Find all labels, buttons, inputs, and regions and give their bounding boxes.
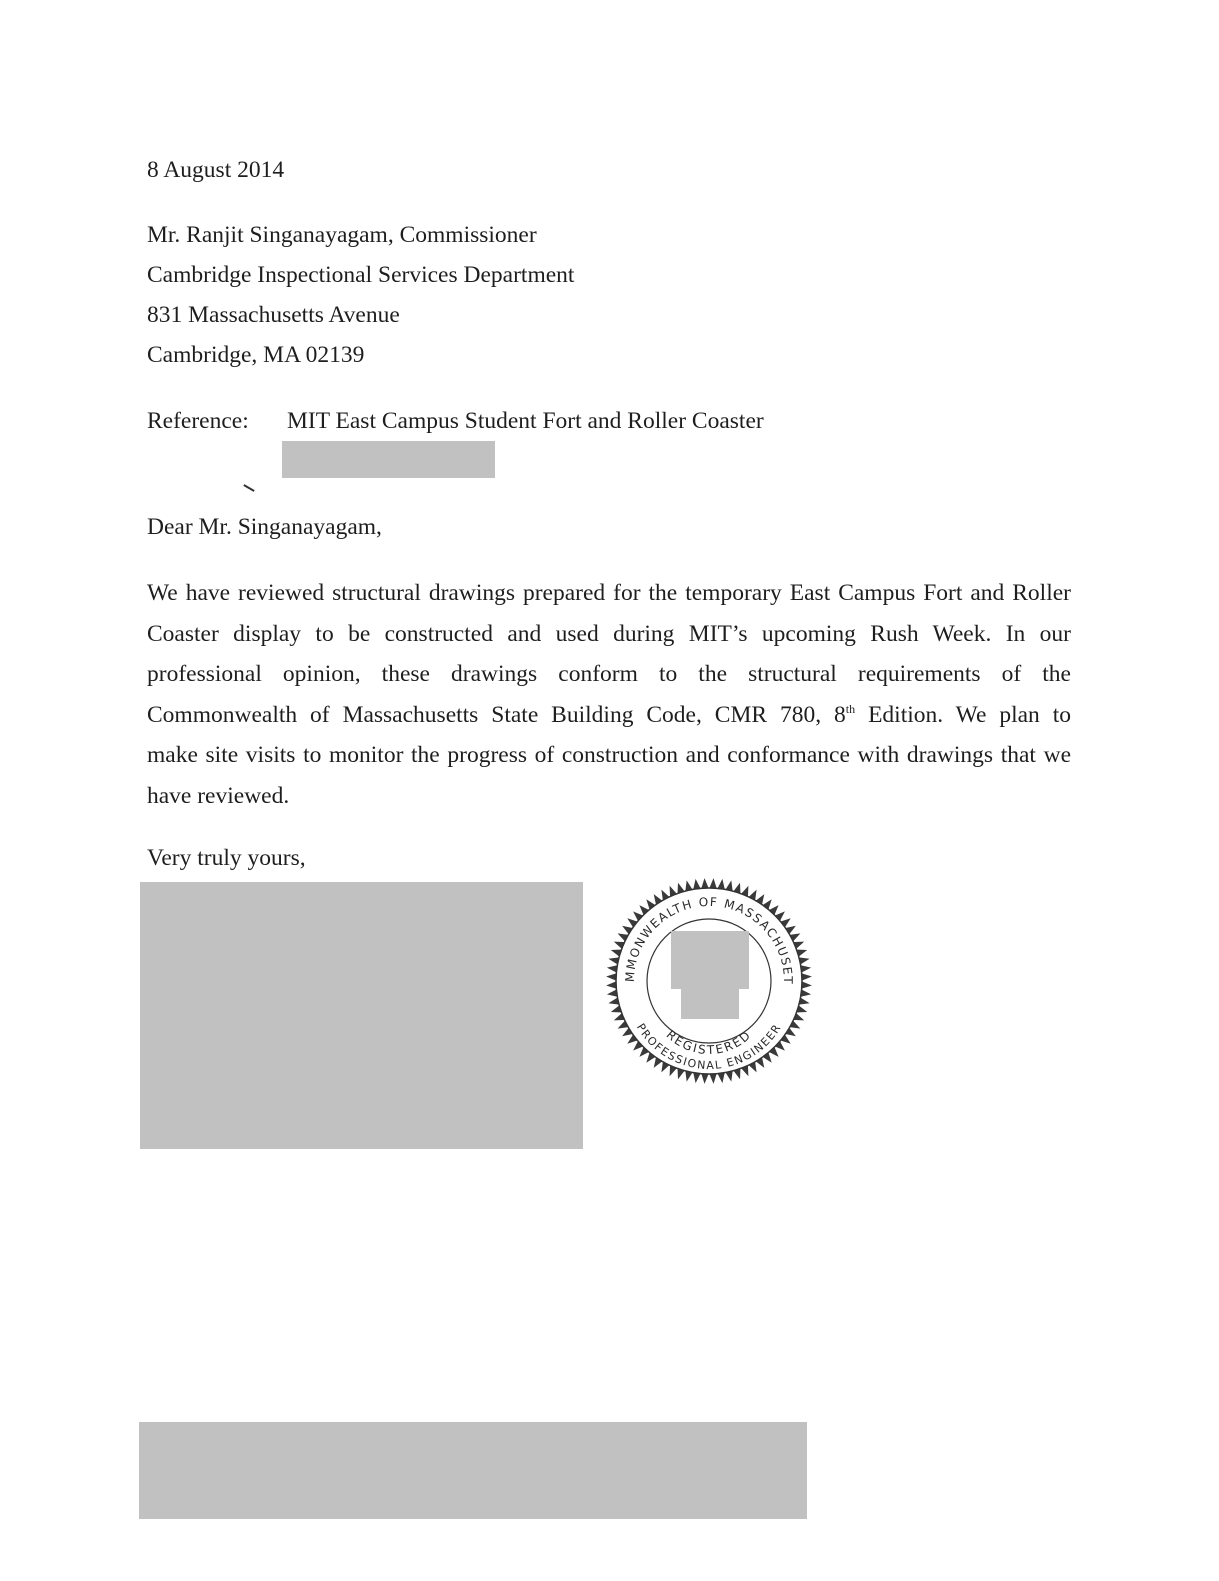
redaction-reference [282,441,495,478]
recipient-department: Cambridge Inspectional Services Departme… [147,264,574,288]
redaction-signature [140,882,583,1149]
reference-value: MIT East Campus Student Fort and Roller … [287,410,764,434]
engineer-seal-icon: COMMONWEALTH OF MASSACHUSETTS PROFESSION… [604,876,814,1086]
body-line: Coaster display to be constructed and us… [147,621,1071,648]
salutation: Dear Mr. Singanayagam, [147,516,382,540]
body-line: We have reviewed structural drawings pre… [147,580,1071,607]
recipient-city: Cambridge, MA 02139 [147,344,364,368]
body-line: make site visits to monitor the progress… [147,742,1071,769]
body-text: Commonwealth of Massachusetts State Buil… [147,702,846,728]
redaction-footer [139,1422,807,1519]
body-line: have reviewed. [147,783,1071,810]
recipient-street: 831 Massachusetts Avenue [147,304,400,328]
closing: Very truly yours, [147,847,306,871]
body-line: Commonwealth of Massachusetts State Buil… [147,702,1071,729]
redaction-seal-name [671,931,749,989]
reference-label: Reference: [147,410,249,434]
redaction-seal-number [681,989,739,1019]
letter-date: 8 August 2014 [147,159,284,183]
ordinal-suffix: th [846,702,855,716]
body-text: Edition. We plan to [855,702,1071,728]
recipient-name: Mr. Ranjit Singanayagam, Commissioner [147,224,537,248]
stray-mark [243,484,254,492]
body-line: professional opinion, these drawings con… [147,661,1071,688]
